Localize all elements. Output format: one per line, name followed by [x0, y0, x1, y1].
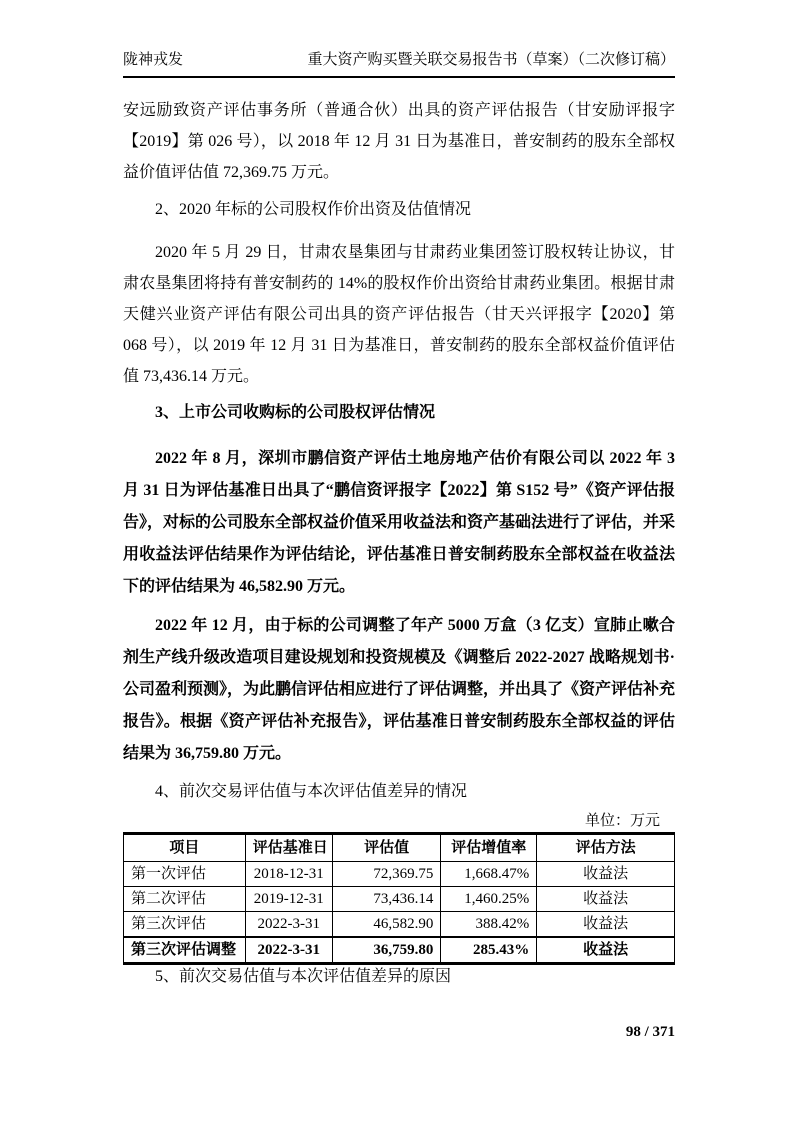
table-cell: 388.42% — [441, 912, 537, 938]
valuation-table-body: 第一次评估2018-12-3172,369.751,668.47%收益法第二次评… — [124, 862, 675, 964]
header-report-title: 重大资产购买暨关联交易报告书（草案）（二次修订稿） — [307, 50, 675, 70]
table-cell: 第三次评估调整 — [124, 937, 246, 964]
valuation-comparison-table: 项目 评估基准日 评估值 评估增值率 评估方法 第一次评估2018-12-317… — [123, 832, 675, 965]
table-header-row: 项目 评估基准日 评估值 评估增值率 评估方法 — [124, 834, 675, 862]
column-header-item: 项目 — [124, 834, 246, 862]
table-cell: 46,582.90 — [332, 912, 441, 938]
section-heading-3: 3、上市公司收购标的公司股权评估情况 — [123, 402, 707, 424]
table-row: 第一次评估2018-12-3172,369.751,668.47%收益法 — [124, 862, 675, 887]
page-header: 陇神戎发 重大资产购买暨关联交易报告书（草案）（二次修订稿） — [123, 50, 675, 78]
header-company-name: 陇神戎发 — [123, 50, 183, 70]
document-page: 陇神戎发 重大资产购买暨关联交易报告书（草案）（二次修订稿） 安远励致资产评估事… — [0, 0, 793, 1122]
table-cell: 36,759.80 — [332, 937, 441, 964]
table-cell: 收益法 — [537, 887, 675, 912]
table-cell: 73,436.14 — [332, 887, 441, 912]
table-cell: 2022-3-31 — [245, 937, 332, 964]
table-cell: 收益法 — [537, 937, 675, 964]
table-row: 第二次评估2019-12-3173,436.141,460.25%收益法 — [124, 887, 675, 912]
paragraph-third-valuation-2022: 2022 年 8 月，深圳市鹏信资产评估土地房地产估价有限公司以 2022 年 … — [123, 443, 675, 603]
table-cell: 收益法 — [537, 862, 675, 887]
table-cell: 收益法 — [537, 912, 675, 938]
table-cell: 第三次评估 — [124, 912, 246, 938]
table-cell: 2022-3-31 — [245, 912, 332, 938]
table-row: 第三次评估2022-3-3146,582.90388.42%收益法 — [124, 912, 675, 938]
table-cell: 2018-12-31 — [245, 862, 332, 887]
table-unit-label: 单位：万元 — [123, 811, 675, 831]
section-heading-4: 4、前次交易评估值与本次评估值差异的情况 — [123, 781, 707, 803]
paragraph-valuation-adjustment: 2022 年 12 月，由于标的公司调整了年产 5000 万盒（3 亿支）宣肺止… — [123, 610, 675, 770]
page-number: 98 / 371 — [123, 1024, 675, 1041]
table-cell: 1,668.47% — [441, 862, 537, 887]
column-header-increase-rate: 评估增值率 — [441, 834, 537, 862]
table-cell: 第二次评估 — [124, 887, 246, 912]
paragraph-second-valuation-2020: 2020 年 5 月 29 日，甘肃农垦集团与甘肃药业集团签订股权转让协议，甘肃… — [123, 237, 675, 392]
table-cell: 72,369.75 — [332, 862, 441, 887]
section-heading-5: 5、前次交易估值与本次评估值差异的原因 — [123, 966, 707, 988]
table-cell: 1,460.25% — [441, 887, 537, 912]
table-row: 第三次评估调整2022-3-3136,759.80285.43%收益法 — [124, 937, 675, 964]
column-header-base-date: 评估基准日 — [245, 834, 332, 862]
column-header-method: 评估方法 — [537, 834, 675, 862]
column-header-value: 评估值 — [332, 834, 441, 862]
table-cell: 285.43% — [441, 937, 537, 964]
paragraph-first-valuation-2019: 安远励致资产评估事务所（普通合伙）出具的资产评估报告（甘安励评报字【2019】第… — [123, 95, 675, 188]
table-cell: 2019-12-31 — [245, 887, 332, 912]
table-cell: 第一次评估 — [124, 862, 246, 887]
section-heading-2: 2、2020 年标的公司股权作价出资及估值情况 — [123, 199, 707, 221]
